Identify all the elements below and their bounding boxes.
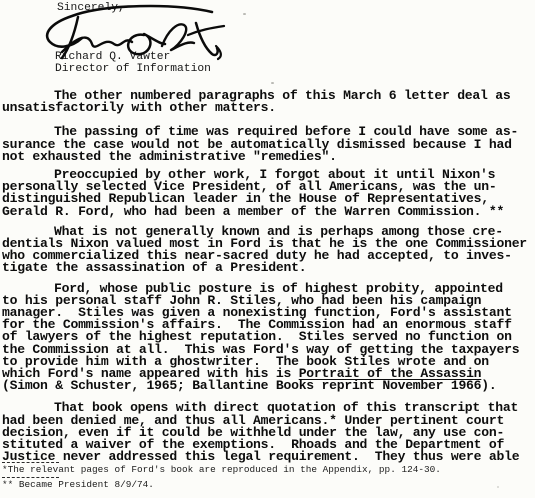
footnote-rule-2 — [2, 477, 59, 478]
scan-speck — [497, 486, 499, 488]
footnote-rule-1 — [2, 462, 59, 463]
paragraph-4: What is not generally known and is perha… — [2, 226, 535, 275]
scan-speck — [243, 13, 246, 15]
paragraph-6: That book opens with direct quotation of… — [2, 402, 535, 463]
paragraph-3: Preoccupied by other work, I forgot abou… — [2, 169, 535, 218]
document-page: Sincerely, Richard Q. Vawter Director of… — [0, 0, 535, 498]
scan-speck — [271, 82, 274, 84]
paragraph-5-post: (Simon & Schuster, 1965; Ballantine Book… — [2, 378, 497, 393]
footnotes: *The relevant pages of Ford's book are r… — [2, 462, 533, 492]
footnote-1: *The relevant pages of Ford's book are r… — [2, 464, 533, 475]
letter-body: The other numbered paragraphs of this Ma… — [2, 90, 535, 463]
signature-icon — [34, 2, 234, 62]
paragraph-1: The other numbered paragraphs of this Ma… — [2, 90, 535, 114]
footnote-2: ** Became President 8/9/74. — [2, 479, 533, 490]
sender-title: Director of Information — [55, 63, 211, 75]
letter-closing: Sincerely, Richard Q. Vawter Director of… — [0, 0, 300, 86]
paragraph-5: Ford, whose public posture is of highest… — [2, 283, 535, 393]
paragraph-2: The passing of time was required before … — [2, 126, 535, 163]
